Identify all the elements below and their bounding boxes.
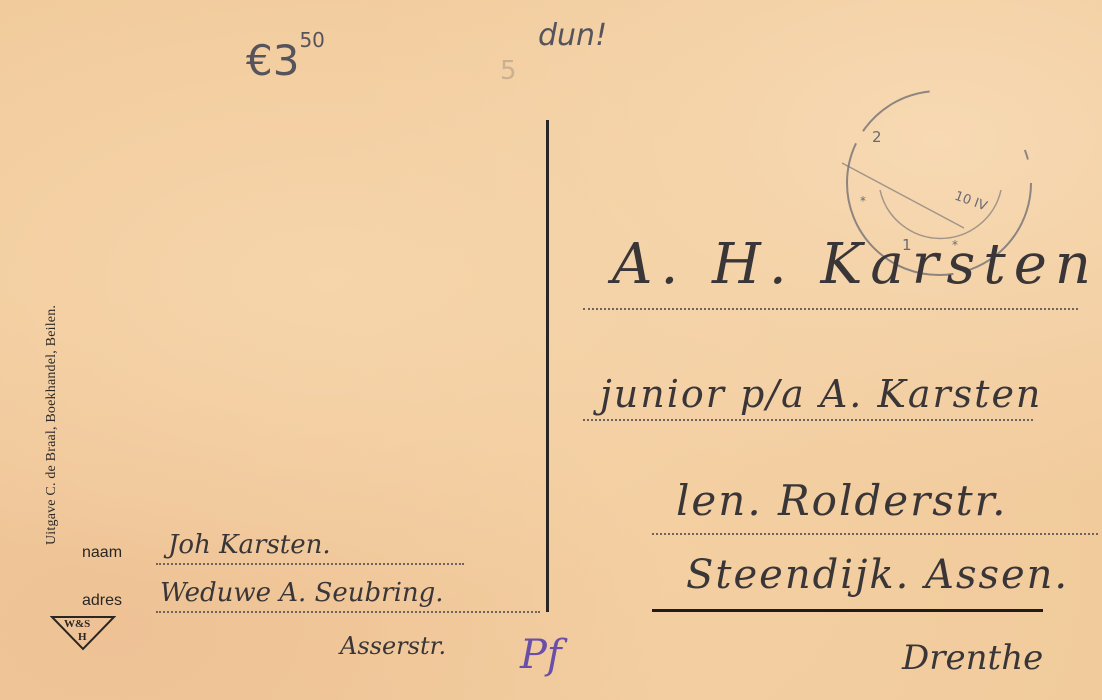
recipient-line2: junior p/a A. Karsten [600, 372, 1042, 416]
postmark-star-left: * [860, 194, 866, 208]
sender-address: Weduwe A. Seubring. [160, 578, 444, 608]
name-label: naam [82, 544, 122, 562]
price-cents: 50 [299, 28, 324, 52]
printer-logo: W&S H [50, 615, 116, 651]
postcard-back: €350 dun! 5 Uitgave C. de Braal, Boekhan… [0, 0, 1102, 700]
address-line-2 [583, 419, 1033, 421]
price-main: €3 [246, 36, 299, 85]
logo-line2: H [78, 631, 87, 643]
recipient-line3: len. Rolderstr. [676, 476, 1007, 525]
address-underline [652, 609, 1043, 612]
address-line-1 [583, 308, 1078, 310]
sender-name: Joh Karsten. [168, 530, 331, 560]
center-divider [546, 120, 549, 612]
publisher-imprint: Uitgave C. de Braal, Boekhandel, Beilen. [44, 305, 60, 545]
logo-line1: W&S [64, 618, 90, 630]
recipient-line4: Steendijk. Assen. [686, 552, 1069, 598]
recipient-line1: A. H. Karsten [612, 232, 1099, 297]
pencil-note: dun! [538, 18, 607, 53]
address-line-3 [652, 533, 1098, 535]
name-dotted-line [156, 563, 464, 565]
faint-pencil-mark: 5 [500, 56, 517, 86]
purple-crayon-mark: Pf [520, 632, 562, 678]
recipient-line5: Drenthe [902, 638, 1043, 678]
address-dotted-line [156, 611, 540, 613]
address-label: adres [82, 592, 122, 610]
sender-address-line2: Asserstr. [340, 632, 446, 660]
postmark-digit-top: 2 [872, 128, 882, 146]
pencil-price: €350 [246, 36, 325, 85]
